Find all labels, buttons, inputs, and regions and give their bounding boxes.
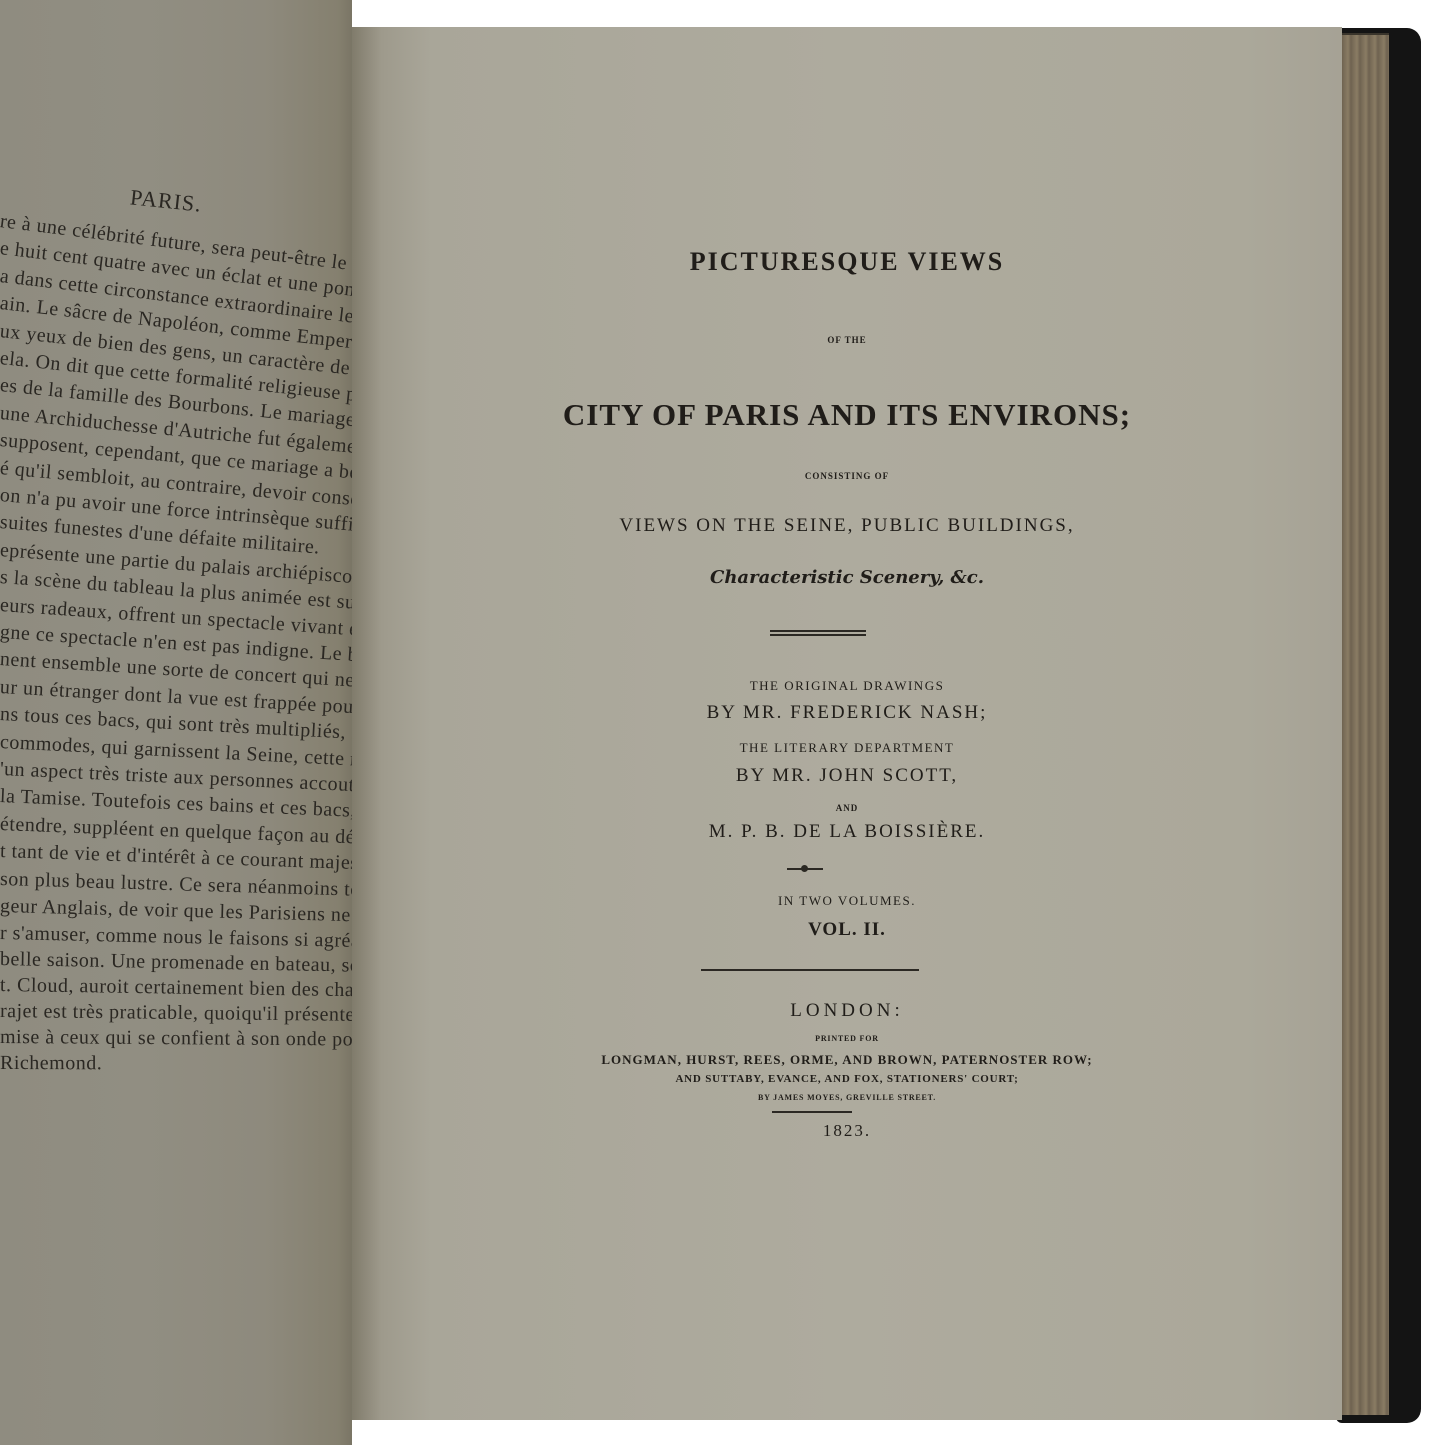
- subtitle-blackletter: Characteristic Scenery, &c.: [352, 567, 1342, 588]
- left-page-line: rajet est très praticable, quoiqu'il pré…: [0, 1000, 352, 1028]
- running-head: PARIS.: [129, 184, 203, 217]
- publisher-line-2: AND SUTTABY, EVANCE, AND FOX, STATIONERS…: [352, 1073, 1342, 1085]
- volumes-label: IN TWO VOLUMES.: [352, 893, 1342, 909]
- title-page: PICTURESQUE VIEWS OF THE CITY OF PARIS A…: [352, 27, 1342, 1420]
- short-rule: [772, 1111, 852, 1113]
- left-page-text: PARIS. re à une célébrité future, sera p…: [0, 0, 352, 1445]
- co-author: M. P. B. DE LA BOISSIÈRE.: [352, 821, 1342, 843]
- left-page-line: Richemond.: [0, 1052, 102, 1075]
- title-line-1: PICTURESQUE VIEWS: [352, 247, 1342, 277]
- place-of-publication: LONDON:: [352, 1000, 1342, 1022]
- subtitle: VIEWS ON THE SEINE, PUBLIC BUILDINGS,: [352, 515, 1342, 537]
- literary-label: THE LITERARY DEPARTMENT: [352, 740, 1342, 756]
- literary-by: BY MR. JOHN SCOTT,: [352, 765, 1342, 787]
- left-page-line: mise à ceux qui se confient à son onde p…: [0, 1026, 352, 1052]
- printed-for-label: PRINTED FOR: [352, 1034, 1342, 1043]
- double-rule-bottom: [770, 634, 866, 636]
- divider-rule: [701, 969, 919, 971]
- title-line-2: CITY OF PARIS AND ITS ENVIRONS;: [352, 397, 1342, 433]
- drawings-by: BY MR. FREDERICK NASH;: [352, 702, 1342, 724]
- volume-number: VOL. II.: [352, 919, 1342, 941]
- left-page: PARIS. re à une célébrité future, sera p…: [0, 0, 352, 1445]
- of-the-label: OF THE: [352, 335, 1342, 345]
- and-label: AND: [352, 803, 1342, 813]
- drawings-label: THE ORIGINAL DRAWINGS: [352, 678, 1342, 694]
- publication-year: 1823.: [352, 1121, 1342, 1141]
- title-block: PICTURESQUE VIEWS OF THE CITY OF PARIS A…: [352, 27, 1342, 1420]
- consisting-of-label: CONSISTING OF: [352, 471, 1342, 481]
- publisher-line-1: LONGMAN, HURST, REES, ORME, AND BROWN, P…: [352, 1052, 1342, 1068]
- ornament-dot-icon: [801, 865, 808, 872]
- double-rule-top: [770, 630, 866, 632]
- printer-line: BY JAMES MOYES, GREVILLE STREET.: [352, 1093, 1342, 1102]
